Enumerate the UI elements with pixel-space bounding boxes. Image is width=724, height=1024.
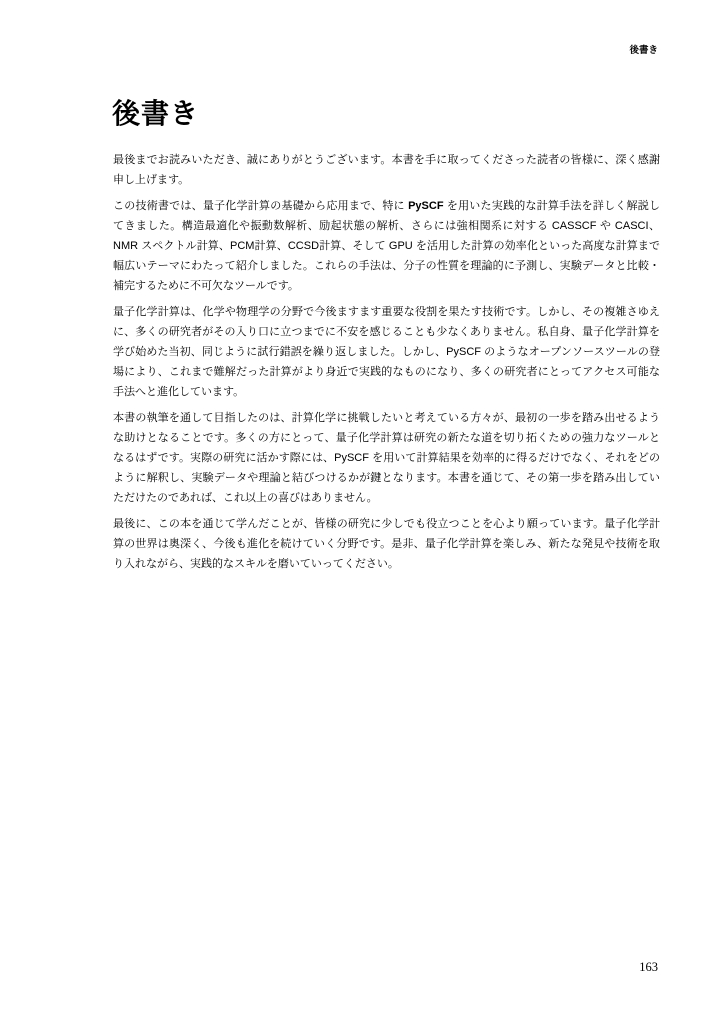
page-title: 後書き bbox=[112, 97, 199, 131]
text-run: この技術書では、量子化学計算の基礎から応用まで、特に bbox=[113, 200, 408, 212]
text-run: 本書の執筆を通して目指したのは、計算化学に挑戦したいと考えている方々が、最初の一… bbox=[113, 412, 660, 504]
text-run: 最後に、この本を通じて学んだことが、皆様の研究に少しでも役立つことを心より願って… bbox=[113, 518, 660, 570]
text-run: を用いた実践的な計算手法を詳しく解説してきました。構造最適化や振動数解析、励起状… bbox=[113, 200, 660, 292]
text-run: 最後までお読みいただき、誠にありがとうございます。本書を手に取ってくださった読者… bbox=[113, 154, 660, 186]
paragraph: この技術書では、量子化学計算の基礎から応用まで、特に PySCF を用いた実践的… bbox=[113, 196, 660, 296]
paragraph: 本書の執筆を通して目指したのは、計算化学に挑戦したいと考えている方々が、最初の一… bbox=[113, 408, 660, 508]
paragraph: 量子化学計算は、化学や物理学の分野で今後ますます重要な役割を果たす技術です。しか… bbox=[113, 302, 660, 402]
paragraph: 最後までお読みいただき、誠にありがとうございます。本書を手に取ってくださった読者… bbox=[113, 150, 660, 190]
text-run: 量子化学計算は、化学や物理学の分野で今後ますます重要な役割を果たす技術です。しか… bbox=[113, 306, 660, 398]
paragraph: 最後に、この本を通じて学んだことが、皆様の研究に少しでも役立つことを心より願って… bbox=[113, 514, 660, 574]
bold-text-run: PySCF bbox=[408, 200, 443, 212]
page-number: 163 bbox=[639, 960, 658, 975]
document-page: 後書き 後書き 最後までお読みいただき、誠にありがとうございます。本書を手に取っ… bbox=[0, 0, 724, 1024]
document-body: 最後までお読みいただき、誠にありがとうございます。本書を手に取ってくださった読者… bbox=[113, 150, 660, 580]
running-header: 後書き bbox=[629, 42, 658, 56]
